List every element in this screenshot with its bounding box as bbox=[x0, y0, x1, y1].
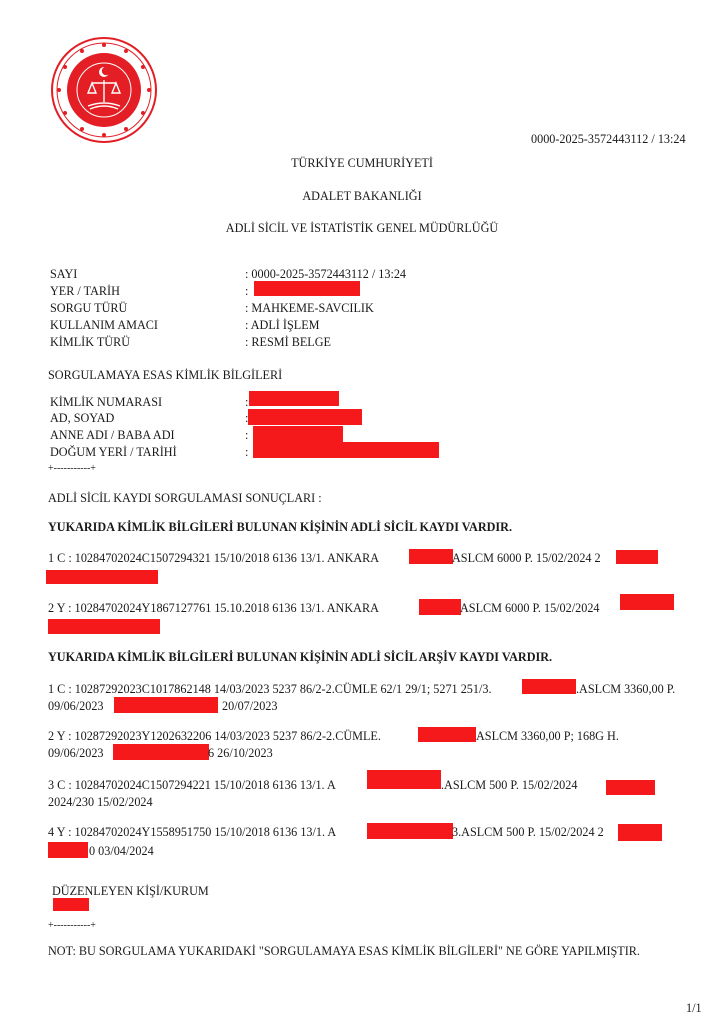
archive-record-1-text-b: .ASLCM 3360,00 P. bbox=[576, 682, 675, 697]
redaction bbox=[248, 409, 362, 425]
record-2-text-b: ASLCM 6000 P. 15/02/2024 bbox=[460, 601, 600, 616]
issuer-label: DÜZENLEYEN KİŞİ/KURUM bbox=[52, 884, 209, 899]
redaction bbox=[618, 824, 662, 841]
archive-record-4-line2b: 0 03/04/2024 bbox=[89, 844, 154, 859]
value-kimlik-numarasi: : bbox=[245, 395, 248, 410]
redaction bbox=[48, 842, 88, 858]
archive-record-3-text: 3 C : 10284702024C1507294221 15/10/2018 … bbox=[48, 778, 336, 793]
title-republic: TÜRKİYE CUMHURİYETİ bbox=[0, 156, 724, 171]
redaction bbox=[113, 744, 209, 760]
label-yer-tarih: YER / TARİH bbox=[50, 284, 120, 299]
redaction bbox=[253, 442, 439, 458]
label-sayi: SAYI bbox=[50, 267, 77, 282]
archive-record-1-line2b: 20/07/2023 bbox=[222, 699, 278, 714]
value-sayi: : 0000-2025-3572443112 / 13:24 bbox=[245, 267, 406, 282]
value-kullanim-amaci: : ADLİ İŞLEM bbox=[245, 318, 319, 333]
redaction bbox=[53, 898, 89, 911]
archive-record-1-line2a: 09/06/2023 bbox=[48, 699, 104, 714]
redaction bbox=[254, 281, 360, 296]
redaction bbox=[253, 426, 343, 442]
value-yer-tarih: : bbox=[245, 284, 248, 299]
separator: +-----------+ bbox=[48, 920, 96, 931]
redaction bbox=[46, 570, 158, 584]
archive-record-2-line2a: 09/06/2023 bbox=[48, 746, 104, 761]
value-anne-baba-adi: : bbox=[245, 428, 248, 443]
value-kimlik-turu: : RESMİ BELGE bbox=[245, 335, 331, 350]
archive-record-4-text: 4 Y : 10284702024Y1558951750 15/10/2018 … bbox=[48, 825, 336, 840]
value-dogum-yeri-tarihi: : bbox=[245, 445, 248, 460]
redaction bbox=[522, 679, 576, 694]
label-sorgu-turu: SORGU TÜRÜ bbox=[50, 301, 127, 316]
archive-record-2-text-b: ASLCM 3360,00 P; 168G H. bbox=[476, 729, 619, 744]
label-kullanim-amaci: KULLANIM AMACI bbox=[50, 318, 158, 333]
identity-heading: SORGULAMAYA ESAS KİMLİK BİLGİLERİ bbox=[48, 368, 282, 383]
label-kimlik-numarasi: KİMLİK NUMARASI bbox=[50, 395, 162, 410]
archive-record-2-text: 2 Y : 10287292023Y1202632206 14/03/2023 … bbox=[48, 729, 381, 744]
record-heading: YUKARIDA KİMLİK BİLGİLERİ BULUNAN KİŞİNİ… bbox=[48, 520, 512, 535]
archive-record-4-text-b: 3.ASLCM 500 P. 15/02/2024 2 bbox=[452, 825, 604, 840]
label-ad-soyad: AD, SOYAD bbox=[50, 411, 114, 426]
record-1-text: 1 C : 10284702024C1507294321 15/10/2018 … bbox=[48, 551, 379, 566]
value-sorgu-turu: : MAHKEME-SAVCILIK bbox=[245, 301, 374, 316]
redaction bbox=[367, 770, 441, 789]
archive-record-3-line2a: 2024/230 15/02/2024 bbox=[48, 795, 153, 810]
archive-record-3-text-b: .ASLCM 500 P. 15/02/2024 bbox=[441, 778, 577, 793]
redaction bbox=[249, 391, 339, 406]
document-reference: 0000-2025-3572443112 / 13:24 bbox=[531, 132, 686, 147]
redaction bbox=[114, 697, 218, 713]
redaction bbox=[367, 823, 453, 839]
page-number: 1/1 bbox=[686, 1001, 702, 1016]
redaction bbox=[418, 727, 476, 742]
seal-icon bbox=[50, 36, 158, 144]
label-dogum-yeri-tarihi: DOĞUM YERİ / TARİHİ bbox=[50, 445, 177, 460]
redaction bbox=[48, 619, 160, 634]
title-ministry: ADALET BAKANLIĞI bbox=[0, 189, 724, 204]
ministry-of-justice-seal bbox=[50, 36, 158, 144]
label-kimlik-turu: KİMLİK TÜRÜ bbox=[50, 335, 130, 350]
footnote: NOT: BU SORGULAMA YUKARIDAKİ "SORGULAMAY… bbox=[48, 944, 640, 959]
redaction bbox=[606, 780, 655, 795]
separator: +-----------+ bbox=[48, 463, 96, 474]
redaction bbox=[620, 594, 674, 610]
archive-record-2-line2b: 6 26/10/2023 bbox=[208, 746, 273, 761]
redaction bbox=[616, 550, 658, 564]
archive-record-1-text: 1 C : 10287292023C1017862148 14/03/2023 … bbox=[48, 682, 492, 697]
redaction bbox=[409, 549, 453, 564]
record-1-text-b: ASLCM 6000 P. 15/02/2024 2 bbox=[452, 551, 601, 566]
archive-heading: YUKARIDA KİMLİK BİLGİLERİ BULUNAN KİŞİNİ… bbox=[48, 650, 552, 665]
results-heading: ADLİ SİCİL KAYDI SORGULAMASI SONUÇLARI : bbox=[48, 491, 322, 506]
record-2-text: 2 Y : 10284702024Y1867127761 15.10.2018 … bbox=[48, 601, 379, 616]
title-directorate: ADLİ SİCİL VE İSTATİSTİK GENEL MÜDÜRLÜĞÜ bbox=[0, 221, 724, 236]
redaction bbox=[419, 599, 461, 615]
label-anne-baba-adi: ANNE ADI / BABA ADI bbox=[50, 428, 175, 443]
